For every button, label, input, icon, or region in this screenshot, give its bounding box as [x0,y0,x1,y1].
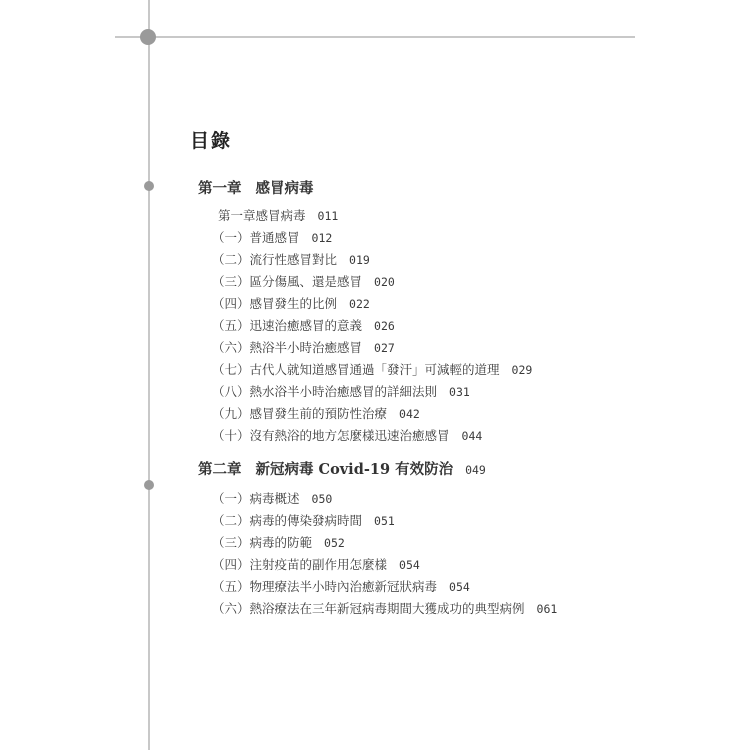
toc-entry[interactable]: （十）沒有熱浴的地方怎麼樣迅速治癒感冒044 [212,426,482,444]
page-number: 044 [462,429,483,443]
page-number: 054 [399,558,420,572]
page-number: 022 [349,297,370,311]
page-number: 049 [465,463,486,477]
page-number: 027 [374,341,395,355]
page-number: 019 [349,253,370,267]
toc-entry[interactable]: （一）普通感冒012 [212,228,332,246]
toc-entry[interactable]: （三）區分傷風、還是感冒020 [212,272,395,290]
page-number: 050 [312,492,333,506]
chapter-1-dot [144,181,154,191]
chapter-number: 第二章 [198,461,242,478]
toc-entry[interactable]: （六）熱浴半小時治癒感冒027 [212,338,395,356]
corner-dot [140,29,156,45]
toc-entry[interactable]: （一）病毒概述050 [212,489,332,507]
chapter-name: 新冠病毒 Covid-19 有效防治 [256,461,454,478]
chapter-number: 第一章 [198,180,242,197]
toc-entry[interactable]: （六）熱浴療法在三年新冠病毒期間大獲成功的典型病例061 [212,599,557,617]
toc-entry[interactable]: （五）迅速治癒感冒的意義026 [212,316,395,334]
page-number: 051 [374,514,395,528]
page-number: 061 [537,602,558,616]
toc-entry[interactable]: 第一章感冒病毒011 [218,206,338,224]
toc-entry[interactable]: （八）熱水浴半小時治癒感冒的詳細法則031 [212,382,470,400]
page-number: 054 [449,580,470,594]
page-number: 012 [312,231,333,245]
horizontal-rule [115,36,635,38]
page-title: 目錄 [190,126,232,153]
chapter-2-dot [144,480,154,490]
toc-entry[interactable]: （七）古代人就知道感冒通過「發汗」可減輕的道理029 [212,360,532,378]
page-number: 020 [374,275,395,289]
page-number: 011 [318,209,339,223]
toc-entry[interactable]: （四）感冒發生的比例022 [212,294,370,312]
toc-entry[interactable]: （三）病毒的防範052 [212,533,345,551]
page-number: 029 [512,363,533,377]
toc-entry[interactable]: （五）物理療法半小時內治癒新冠狀病毒054 [212,577,470,595]
toc-entry[interactable]: （二）流行性感冒對比019 [212,250,370,268]
chapter-heading-1[interactable]: 第一章感冒病毒 [198,177,314,198]
page-number: 052 [324,536,345,550]
chapter-name: 感冒病毒 [256,180,314,197]
vertical-rule [148,0,150,750]
page-number: 026 [374,319,395,333]
toc-entry[interactable]: （九）感冒發生前的預防性治療042 [212,404,420,422]
toc-entry[interactable]: （二）病毒的傳染發病時間051 [212,511,395,529]
page-number: 031 [449,385,470,399]
page-number: 042 [399,407,420,421]
chapter-heading-2[interactable]: 第二章新冠病毒 Covid-19 有效防治049 [198,458,486,479]
toc-entry[interactable]: （四）注射疫苗的副作用怎麼樣054 [212,555,420,573]
